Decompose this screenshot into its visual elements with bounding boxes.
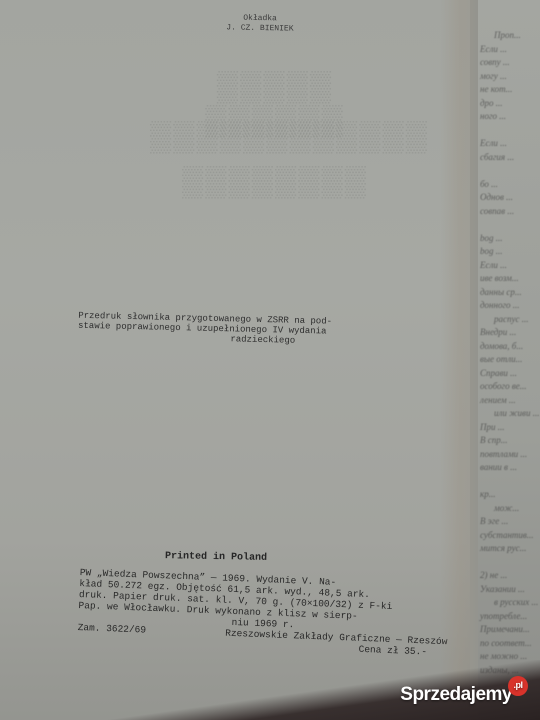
sprzedajemy-watermark: Sprzedajemy .pl xyxy=(400,684,528,706)
facing-page-line xyxy=(480,476,540,490)
facing-page-line: Внедри ... xyxy=(480,327,540,341)
facing-page-line: Если ... xyxy=(480,260,540,274)
facing-page-line: мится pус... xyxy=(480,543,540,557)
facing-page-line: иве возм... xyxy=(480,273,540,287)
facing-page-line: могу ... xyxy=(480,71,540,85)
facing-page-line: распус ... xyxy=(480,314,540,328)
facing-page-line: вые отли... xyxy=(480,354,540,368)
facing-page-line: употребле... xyxy=(480,611,540,625)
facing-page-line xyxy=(480,219,540,233)
facing-page-line: bog ... xyxy=(480,246,540,260)
facing-page-line: совпу ... xyxy=(480,57,540,71)
facing-page-line: совпав ... xyxy=(480,206,540,220)
facing-page-line: повтлами ... xyxy=(480,449,540,463)
printed-in-poland: Printed in Poland xyxy=(165,551,267,564)
publisher-imprint: PW „Wiedza Powszechna” — 1969. Wydanie V… xyxy=(77,567,450,658)
facing-page-line: донного ... xyxy=(480,300,540,314)
cover-credit: Okładka J. CZ. BIENIEK xyxy=(185,13,335,36)
facing-page-line: Примечани... xyxy=(480,624,540,638)
facing-page-line: Если ... xyxy=(480,44,540,58)
facing-page-line: вании в ... xyxy=(480,462,540,476)
facing-page-line: При ... xyxy=(480,422,540,436)
facing-page-line: В спр... xyxy=(480,435,540,449)
facing-page: Проп...Если ...совпу ...могу ...не кот..… xyxy=(478,0,540,720)
facing-page-line xyxy=(480,557,540,571)
facing-page-line: или живи ... xyxy=(480,408,540,422)
facing-page-line xyxy=(480,125,540,139)
facing-page-line: Проп... xyxy=(480,30,540,44)
facing-page-line: данны ср... xyxy=(480,287,540,301)
facing-page-line: В эге ... xyxy=(480,516,540,530)
facing-page-line: особого ве... xyxy=(480,381,540,395)
facing-page-line: Однов ... xyxy=(480,192,540,206)
facing-page-line: ного ... xyxy=(480,111,540,125)
show-through-title-3: ▒▒▒▒▒▒▒▒ xyxy=(150,165,400,199)
facing-page-line: bog ... xyxy=(480,233,540,247)
facing-page-text: Проп...Если ...совпу ...могу ...не кот..… xyxy=(480,30,540,678)
facing-page-line: лением ... xyxy=(480,395,540,409)
facing-page-line: дро ... xyxy=(480,98,540,112)
facing-page-line: сбагия ... xyxy=(480,152,540,166)
facing-page-line xyxy=(480,165,540,179)
facing-page-line: субстантив... xyxy=(480,530,540,544)
facing-page-line: мож... xyxy=(480,503,540,517)
facing-page-line: Если ... xyxy=(480,138,540,152)
facing-page-line: по соответ... xyxy=(480,638,540,652)
facing-page-line: в русских ... xyxy=(480,597,540,611)
facing-page-line: домова, б... xyxy=(480,341,540,355)
facing-page-line: 2) не ... xyxy=(480,570,540,584)
show-through-title-2: ▒▒▒▒▒▒▒▒▒▒▒▒ xyxy=(150,120,400,154)
watermark-tld-badge: .pl xyxy=(508,676,528,696)
facing-page-line: бо ... xyxy=(480,179,540,193)
facing-page-line: кр... xyxy=(480,489,540,503)
facing-page-line: Справи ... xyxy=(480,368,540,382)
watermark-brand: Sprzedajemy xyxy=(400,684,512,706)
facing-page-line: Указании ... xyxy=(480,584,540,598)
facing-page-line: не кот... xyxy=(480,84,540,98)
